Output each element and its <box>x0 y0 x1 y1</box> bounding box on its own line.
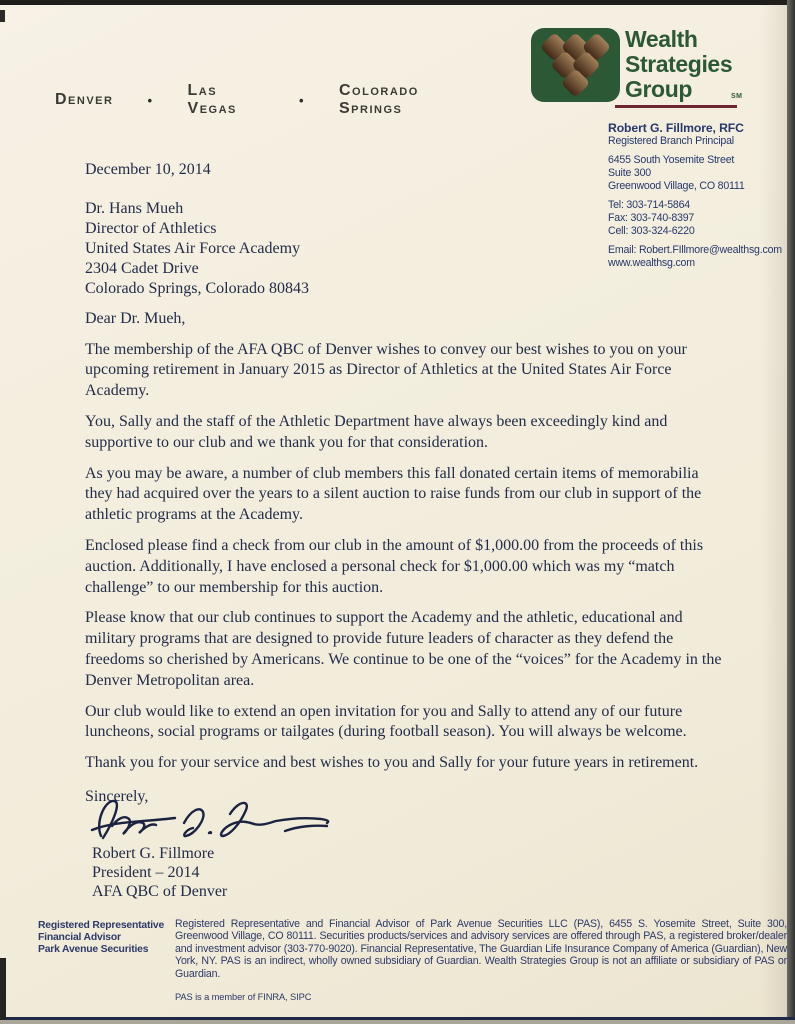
company-name: Wealth Strategies Group <box>625 27 732 102</box>
paragraph-4: Enclosed please find a check from our cl… <box>85 536 729 598</box>
city-las-vegas: Las Vegas <box>188 82 265 118</box>
footer-membership: PAS is a member of FINRA, SIPC <box>175 992 311 1002</box>
recipient-street: 2304 Cadet Drive <box>85 259 729 279</box>
scan-edge-top <box>0 0 795 5</box>
recipient-name: Dr. Hans Mueh <box>85 199 729 219</box>
signer-name: Robert G. Fillmore <box>92 844 729 863</box>
scan-edge-left-bottom <box>0 958 6 1020</box>
paragraph-6: Our club would like to extend an open in… <box>85 702 729 744</box>
scan-edge-right <box>787 0 795 1024</box>
paragraph-1: The membership of the AFA QBC of Denver … <box>85 340 729 402</box>
wsg-diamond-logo-icon <box>531 28 620 107</box>
city-denver: Denver <box>55 91 113 109</box>
footer-designation-3: Park Avenue Securities <box>38 944 170 956</box>
company-name-line3: Group <box>625 77 732 102</box>
salutation: Dear Dr. Mueh, <box>85 309 729 330</box>
signature-block: Robert G. Fillmore President – 2014 AFA … <box>92 844 729 901</box>
principal-title: Registered Branch Principal <box>608 135 788 148</box>
signer-title: President – 2014 <box>92 863 729 882</box>
signer-org: AFA QBC of Denver <box>92 882 729 901</box>
footer-disclosure: Registered Representative and Financial … <box>175 918 787 980</box>
footer-designation-2: Financial Advisor <box>38 932 170 944</box>
recipient-city: Colorado Springs, Colorado 80843 <box>85 279 729 299</box>
scan-edge-bottom <box>0 1020 795 1024</box>
letter-date: December 10, 2014 <box>85 160 729 181</box>
paragraph-5: Please know that our club continues to s… <box>85 608 729 691</box>
principal-name: Robert G. Fillmore, RFC <box>608 122 788 135</box>
city-colorado-springs: Colorado Springs <box>339 82 475 118</box>
footer-designations: Registered Representative Financial Advi… <box>38 920 170 955</box>
paragraph-2: You, Sally and the staff of the Athletic… <box>85 412 729 454</box>
bullet-separator-icon: • <box>299 93 305 108</box>
letter-body: December 10, 2014 Dr. Hans Mueh Director… <box>85 160 729 901</box>
office-locations: Denver • Las Vegas • Colorado Springs <box>55 82 475 118</box>
bullet-separator-icon: • <box>147 93 153 108</box>
service-mark: SM <box>731 93 743 100</box>
footer-designation-1: Registered Representative <box>38 920 170 932</box>
logo-underline <box>615 105 737 108</box>
paragraph-7: Thank you for your service and best wish… <box>85 753 729 774</box>
paragraph-3: As you may be aware, a number of club me… <box>85 464 729 526</box>
scanned-letter-page: Denver • Las Vegas • Colorado Springs <box>0 0 795 1024</box>
scan-edge-left-notch <box>0 10 5 22</box>
recipient-title: Director of Athletics <box>85 219 729 239</box>
company-name-line1: Wealth <box>625 27 732 52</box>
recipient-org: United States Air Force Academy <box>85 239 729 259</box>
company-name-line2: Strategies <box>625 52 732 77</box>
recipient-address: Dr. Hans Mueh Director of Athletics Unit… <box>85 199 729 299</box>
